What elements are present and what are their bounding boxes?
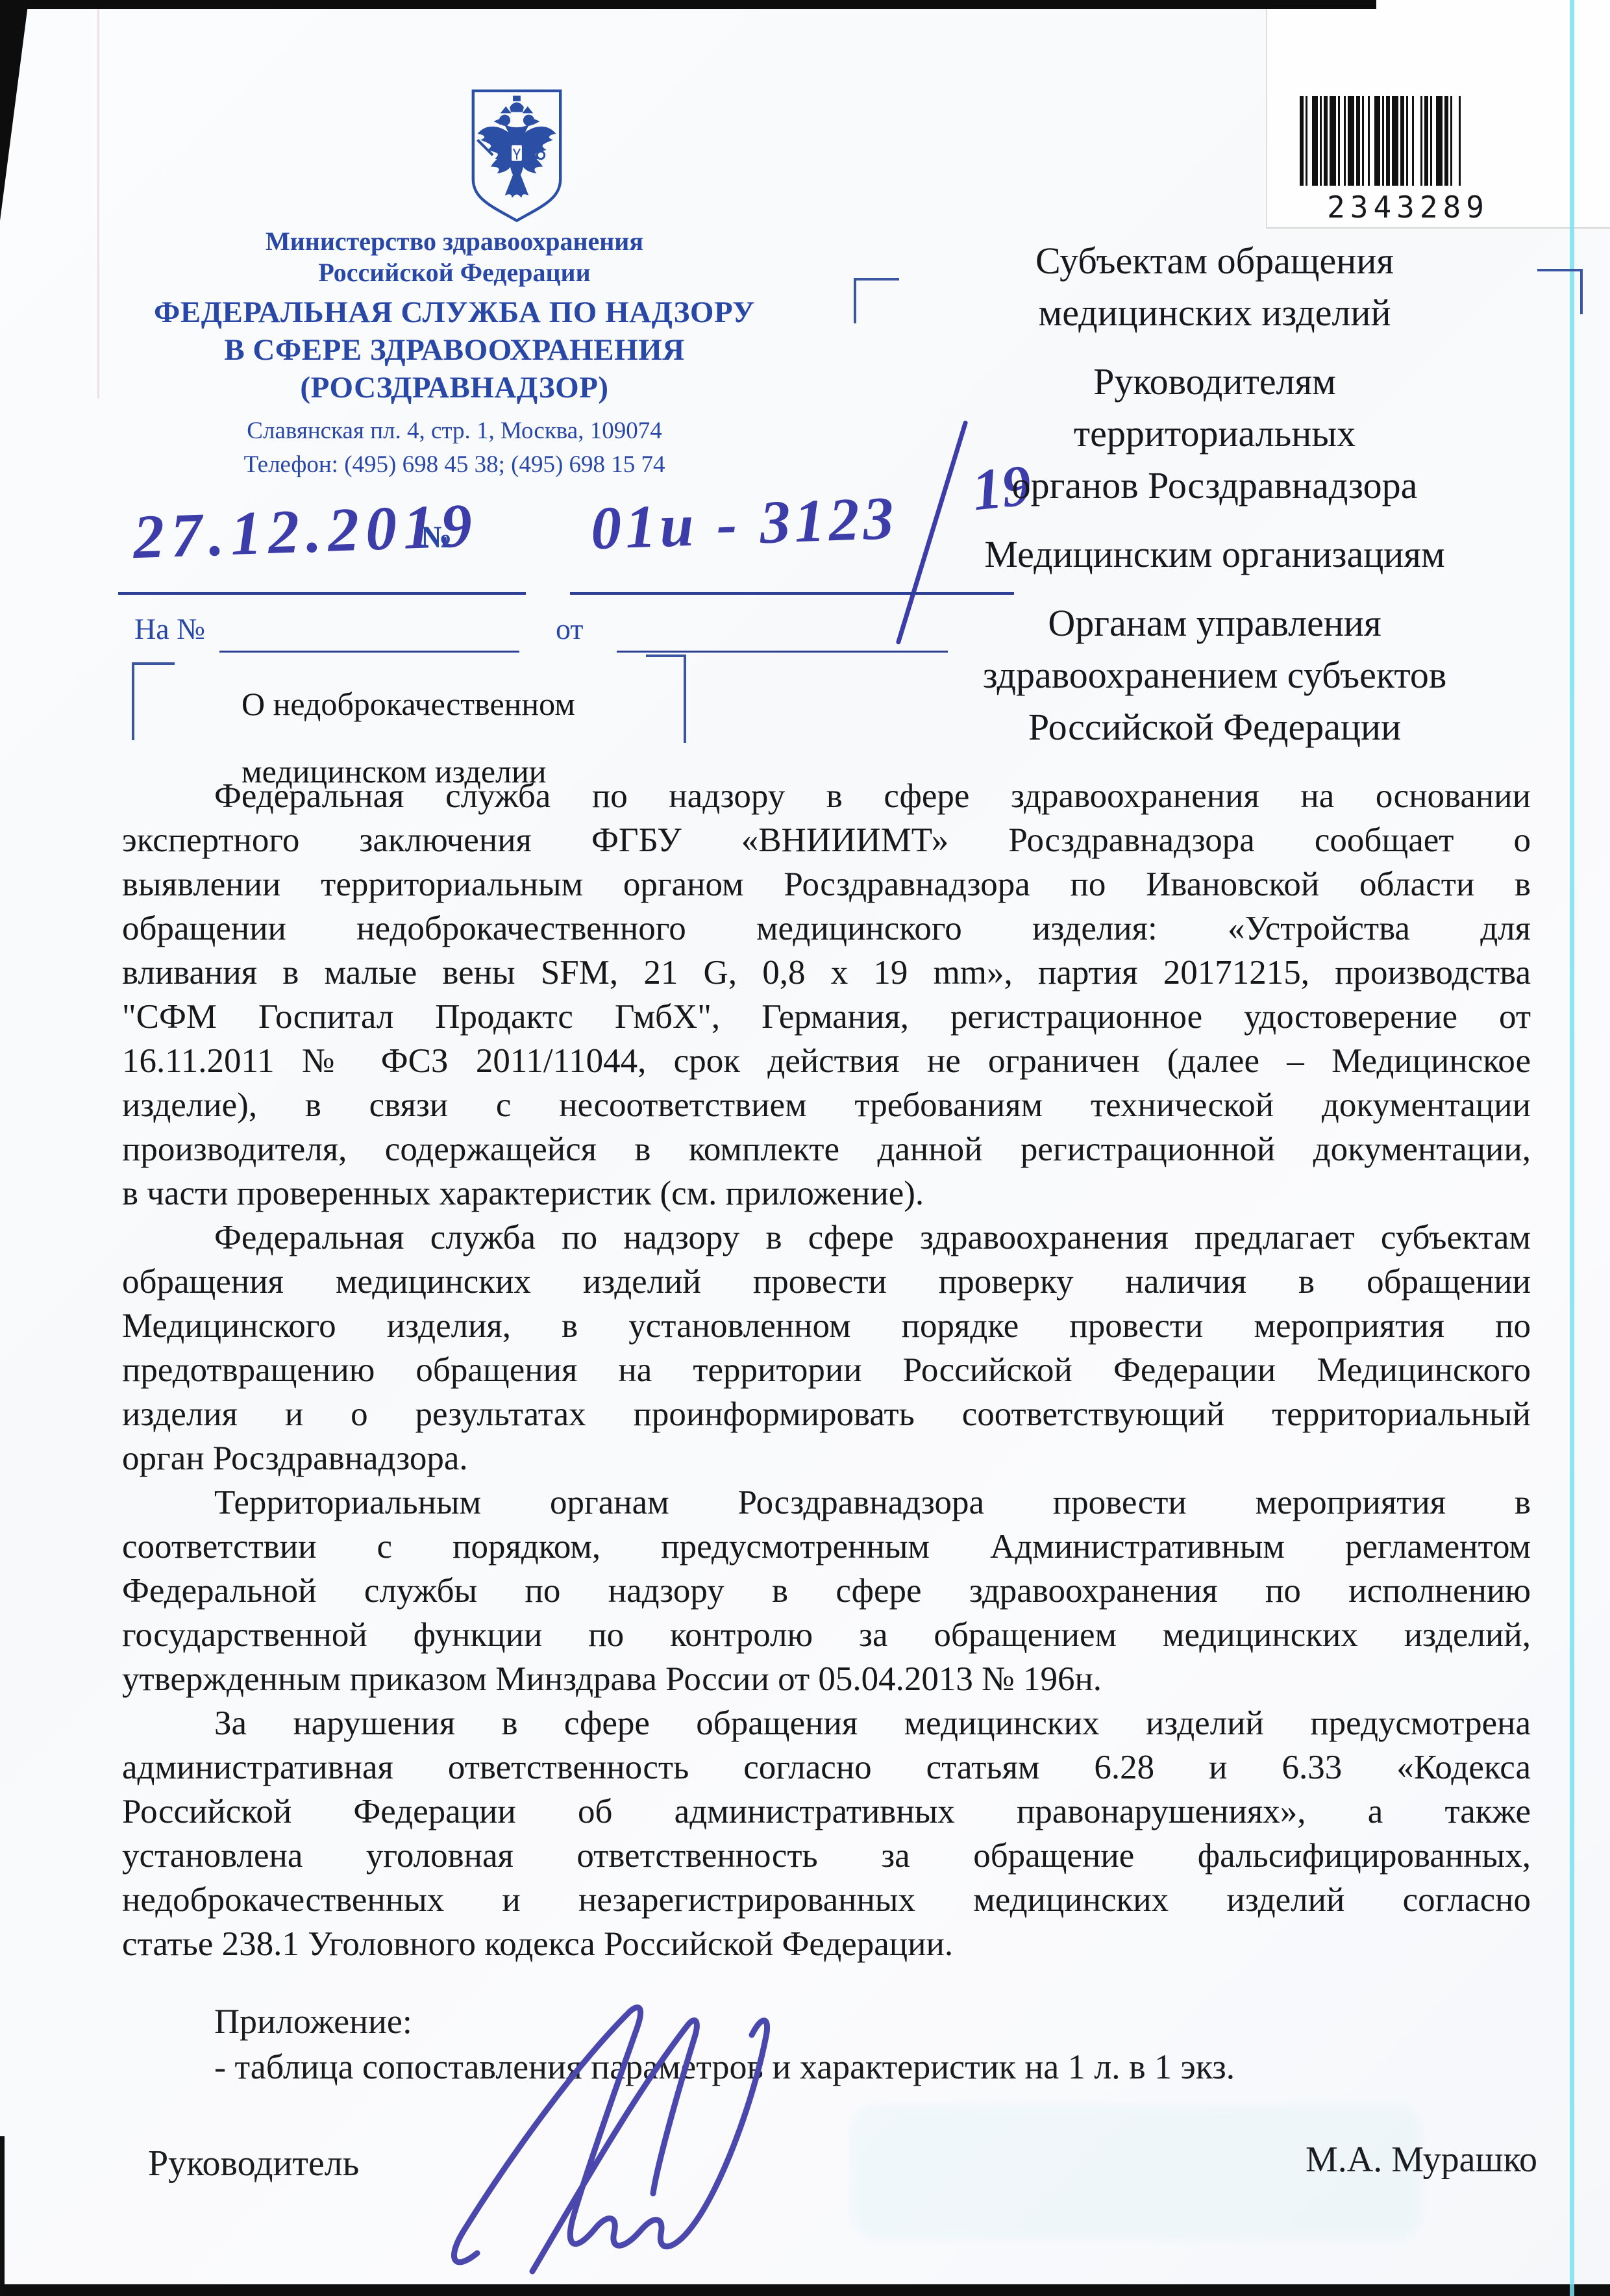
recipient-line: территориальных — [850, 408, 1579, 460]
subject-line1: О недоброкачественном — [241, 670, 709, 738]
body-line: экспертного заключения ФГБУ «ВНИИИМТ» Ро… — [122, 818, 1531, 862]
service-name-line2: В СФЕРЕ ЗДРАВООХРАНЕНИЯ — [91, 331, 818, 369]
body-line: Российской Федерации об административных… — [122, 1790, 1531, 1834]
body-line: Медицинского изделия, в установленном по… — [122, 1304, 1531, 1348]
body-line: Территориальным органам Росздравнадзора … — [122, 1480, 1531, 1525]
body-text: Федеральная служба по надзору в сфере зд… — [122, 774, 1531, 1966]
body-line: установлена уголовная ответственность за… — [122, 1834, 1531, 1878]
body-line: обращении недоброкачественного медицинск… — [122, 906, 1531, 951]
body-paragraph: За нарушения в сфере обращения медицинск… — [122, 1701, 1531, 1966]
body-line: изделия и о результатах проинформировать… — [122, 1392, 1531, 1436]
attachment-label: Приложение: — [214, 2001, 412, 2041]
coat-of-arms-icon — [462, 83, 571, 227]
body-line: обращения медицинских изделий провести п… — [122, 1260, 1531, 1304]
scanned-letter-page: 2343289 — [0, 0, 1610, 2296]
body-paragraph: Территориальным органам Росздравнадзора … — [122, 1480, 1531, 1701]
recipient-line: здравоохранением субъектов — [850, 649, 1579, 701]
body-paragraph: Федеральная служба по надзору в сфере зд… — [122, 1216, 1531, 1480]
body-line: орган Росздравнадзора. — [122, 1436, 1531, 1480]
reply-date-label: от — [556, 612, 584, 646]
reply-number-blank-underline — [219, 651, 519, 653]
date-underline — [118, 592, 526, 595]
body-line: государственной функции по контролю за о… — [122, 1613, 1531, 1657]
signoff-title: Руководитель — [148, 2143, 359, 2184]
scan-edge-bottom — [0, 2284, 1610, 2296]
recipient-line: органов Росздравнадзора — [850, 460, 1579, 512]
body-line: изделие), в связи с несоответствием треб… — [122, 1083, 1531, 1127]
ministry-name-line1: Министерство здравоохранения — [91, 226, 818, 257]
ministry-name: Министерство здравоохранения Российской … — [91, 226, 818, 288]
body-line: утвержденным приказом Минздрава России о… — [122, 1657, 1531, 1701]
body-line: предотвращению обращения на территории Р… — [122, 1348, 1531, 1392]
body-line: вливания в малые вены SFM, 21 G, 0,8 x 1… — [122, 951, 1531, 995]
body-line: Федеральная служба по надзору в сфере зд… — [122, 774, 1531, 818]
recipient-line: Медицинским организациям — [850, 529, 1579, 580]
body-line: соответствии с порядком, предусмотренным… — [122, 1525, 1531, 1569]
recipients-block: Субъектам обращениямедицинских изделийРу… — [850, 235, 1579, 770]
recipient-group: Руководителямтерриториальныхорганов Росз… — [850, 356, 1579, 512]
body-line: Федеральная служба по надзору в сфере зд… — [122, 1216, 1531, 1260]
subject-corner-bracket-left — [132, 662, 175, 740]
barcode-number: 2343289 — [1300, 190, 1517, 225]
body-line: выявлении территориальным органом Росздр… — [122, 862, 1531, 906]
body-line: "СФМ Госпитал Продактс ГмбХ", Германия, … — [122, 995, 1531, 1039]
sender-contacts: Славянская пл. 4, стр. 1, Москва, 109074… — [91, 414, 818, 482]
body-line: статье 238.1 Уголовного кодекса Российск… — [122, 1922, 1531, 1966]
ministry-name-line2: Российской Федерации — [91, 257, 818, 288]
recipient-group: Субъектам обращениямедицинских изделий — [850, 235, 1579, 339]
service-name-line1: ФЕДЕРАЛЬНАЯ СЛУЖБА ПО НАДЗОРУ — [91, 293, 818, 331]
signature-handwritten — [415, 1999, 922, 2284]
scan-edge-left — [0, 2136, 5, 2296]
recipient-line: медицинских изделий — [850, 287, 1579, 339]
body-line: 16.11.2011 № ФСЗ 2011/11044, срок действ… — [122, 1039, 1531, 1083]
sender-phone: Телефон: (495) 698 45 38; (495) 698 15 7… — [91, 448, 818, 482]
number-sign: № — [421, 519, 452, 555]
recipient-line: Руководителям — [850, 356, 1579, 408]
body-line: в части проверенных характеристик (см. п… — [122, 1171, 1531, 1216]
scan-edge-top — [0, 0, 1376, 9]
recipient-line: Российской Федерации — [850, 701, 1579, 753]
service-name-line3: (РОСЗДРАВНАДЗОР) — [91, 369, 818, 406]
recipient-group: Органам управленияздравоохранением субъе… — [850, 597, 1579, 753]
scan-edge-top-left-wedge — [0, 0, 29, 221]
sender-address: Славянская пл. 4, стр. 1, Москва, 109074 — [91, 414, 818, 448]
body-line: Федеральной службы по надзору в сфере зд… — [122, 1569, 1531, 1613]
recipient-line: Субъектам обращения — [850, 235, 1579, 287]
body-line: производителя, содержащейся в комплекте … — [122, 1127, 1531, 1171]
signoff-name: М.А. Мурашко — [1227, 2139, 1537, 2180]
body-paragraph: Федеральная служба по надзору в сфере зд… — [122, 774, 1531, 1216]
body-line: недоброкачественных и незарегистрированн… — [122, 1878, 1531, 1922]
recipient-line: Органам управления — [850, 597, 1579, 649]
reply-number-label: На № — [134, 612, 205, 646]
body-line: административная ответственность согласн… — [122, 1745, 1531, 1790]
body-line: За нарушения в сфере обращения медицинск… — [122, 1701, 1531, 1745]
service-name: ФЕДЕРАЛЬНАЯ СЛУЖБА ПО НАДЗОРУ В СФЕРЕ ЗД… — [91, 293, 818, 406]
recipient-group: Медицинским организациям — [850, 529, 1579, 580]
barcode — [1300, 96, 1517, 186]
